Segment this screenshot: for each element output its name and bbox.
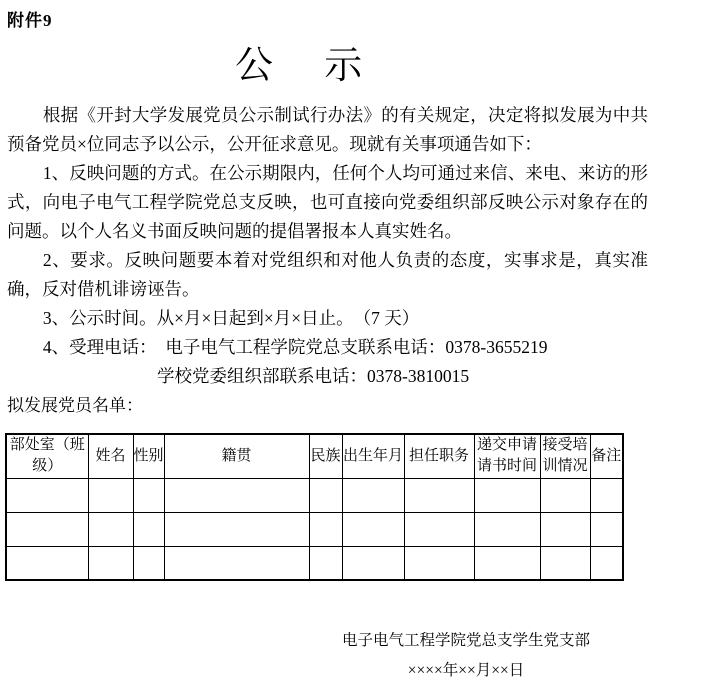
col-header-native-place: 籍贯 [164,434,309,478]
table-cell [309,512,342,546]
paragraph-intro: 根据《开封大学发展党员公示制试行办法》的有关规定，决定将拟发展为中共预备党员×位… [7,101,648,159]
table-cell [133,546,164,580]
page-title: 公示 [235,43,414,89]
table-cell [6,512,88,546]
table-cell [164,512,309,546]
table-cell [404,546,474,580]
table-cell [309,546,342,580]
table-cell [88,478,133,512]
table-cell [342,512,404,546]
col-header-name: 姓名 [88,434,133,478]
table-row [6,512,623,546]
contact-phone-line-2: 学校党委组织部联系电话：0378-3810015 [157,362,648,391]
col-header-application-time: 递交申请请书时间 [474,434,540,478]
table-cell [540,512,590,546]
document-body: 根据《开封大学发展党员公示制试行办法》的有关规定，决定将拟发展为中共预备党员×位… [7,101,648,420]
table-cell [88,512,133,546]
table-cell [133,512,164,546]
col-header-ethnicity: 民族 [309,434,342,478]
table-cell [474,478,540,512]
table-cell [590,546,623,580]
table-row [6,546,623,580]
col-header-gender: 性别 [133,434,164,478]
paragraph-item-2: 2、要求。反映问题要本着对党组织和对他人负责的态度，实事求是，真实准确，反对借机… [7,246,648,304]
signature-org: 电子电气工程学院党总支学生党支部 [305,626,627,656]
table-cell [474,512,540,546]
col-header-department: 部处室（班级） [6,434,88,478]
member-list-label: 拟发展党员名单： [7,392,648,420]
table-cell [88,546,133,580]
member-list-table: 部处室（班级） 姓名 性别 籍贯 民族 出生年月 担任职务 递交申请请书时间 接… [5,433,624,581]
table-cell [342,546,404,580]
signature-date: ××××年××月××日 [305,656,627,684]
table-cell [6,478,88,512]
table-cell [540,546,590,580]
table-cell [404,478,474,512]
col-header-position: 担任职务 [404,434,474,478]
table-header-row: 部处室（班级） 姓名 性别 籍贯 民族 出生年月 担任职务 递交申请请书时间 接… [6,434,623,478]
col-header-birth-date: 出生年月 [342,434,404,478]
document-page: 附件9 公示 根据《开封大学发展党员公示制试行办法》的有关规定，决定将拟发展为中… [0,0,720,684]
table-cell [590,512,623,546]
col-header-training-status: 接受培训情况 [540,434,590,478]
table-cell [133,478,164,512]
table-cell [164,478,309,512]
paragraph-item-1: 1、反映问题的方式。在公示期限内，任何个人均可通过来信、来电、来访的形式，向电子… [7,159,648,246]
paragraph-item-4: 4、受理电话： 电子电气工程学院党总支联系电话：0378-3655219 [7,333,648,362]
signature-block: 电子电气工程学院党总支学生党支部 ××××年××月××日 [305,626,627,684]
table-cell [164,546,309,580]
table-cell [404,512,474,546]
table-cell [342,478,404,512]
table-cell [590,478,623,512]
table-row [6,478,623,512]
table-cell [540,478,590,512]
attachment-label: 附件9 [7,6,712,31]
paragraph-item-3: 3、公示时间。从×月×日起到×月×日止。 （7 天） [7,304,648,333]
table-cell [6,546,88,580]
col-header-remarks: 备注 [590,434,623,478]
table-cell [474,546,540,580]
table-cell [309,478,342,512]
